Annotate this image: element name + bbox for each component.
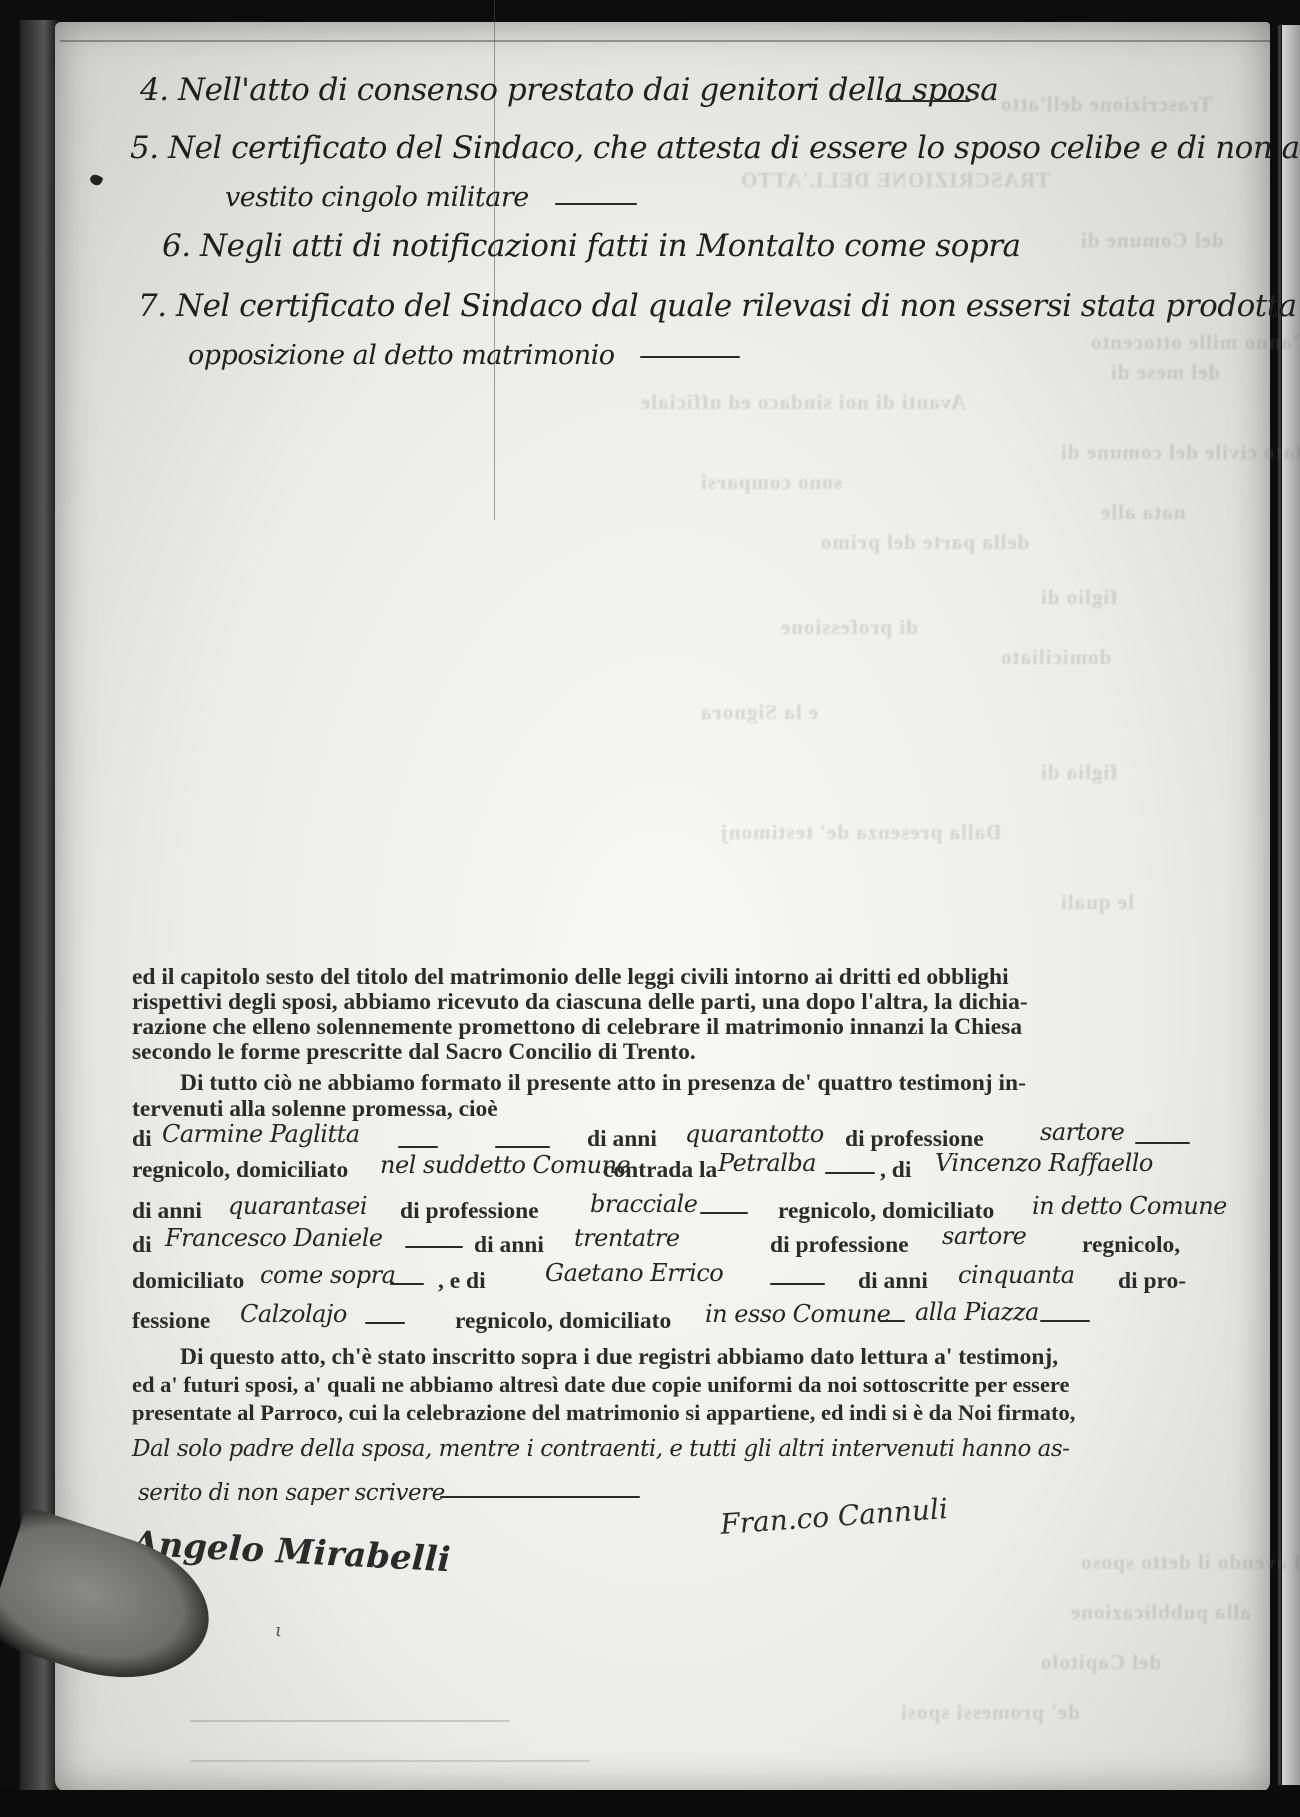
label-e-di: , e di: [438, 1268, 486, 1295]
witness-2-age: quarantasei: [228, 1192, 367, 1220]
witness-1-profession: sartore: [1040, 1118, 1124, 1146]
witness-4-age: cinquanta: [958, 1261, 1075, 1289]
witness-4-residence: in esso Comune: [705, 1300, 890, 1328]
label-regnicolo-domiciliato: regnicolo, domiciliato: [455, 1308, 671, 1335]
label-di-pro: di pro-: [1118, 1268, 1186, 1295]
print-line: presentate al Parroco, cui la celebrazio…: [132, 1400, 1075, 1426]
fill-rule: [1135, 1142, 1190, 1144]
witness-1-street: Petralba: [718, 1149, 816, 1177]
list-item-7-continuation: opposizione al detto matrimonio: [188, 340, 614, 371]
fill-rule: [770, 1283, 825, 1285]
label-di-anni: di anni: [858, 1268, 928, 1295]
stray-ink-mark: ι: [275, 1620, 282, 1641]
label-regnicolo-domiciliato: regnicolo, domiciliato: [778, 1198, 994, 1225]
witness-4-name: Gaetano Errico: [545, 1259, 723, 1287]
fill-rule: [405, 1246, 463, 1248]
faint-rule: [190, 1760, 590, 1762]
label-contrada: contrada la: [603, 1157, 717, 1184]
closing-line: serito di non saper scrivere: [138, 1480, 445, 1506]
list-text: Negli atti di notificazioni fatti in Mon…: [200, 228, 1021, 264]
list-number: 5.: [130, 130, 159, 166]
witness-3-age: trentatre: [574, 1224, 680, 1252]
fill-rule: [398, 1146, 438, 1148]
label-di-anni: di anni: [132, 1198, 202, 1225]
label-di-anni: di anni: [587, 1126, 657, 1153]
label-di: , di: [880, 1157, 911, 1184]
fill-rule: [440, 1496, 640, 1498]
witness-2-profession: bracciale: [590, 1190, 697, 1218]
list-item-6: 6. Negli atti di notificazioni fatti in …: [162, 228, 1021, 264]
list-item-5: 5. Nel certificato del Sindaco, che atte…: [130, 130, 1300, 166]
witness-3-name: Francesco Daniele: [165, 1224, 383, 1252]
print-line: tervenuti alla solenne promessa, cioè: [132, 1096, 498, 1123]
print-line: razione che elleno solennemente prometto…: [132, 1014, 1022, 1041]
closing-line: Dal solo padre della sposa, mentre i con…: [132, 1436, 1069, 1462]
witness-2-name: Vincenzo Raffaello: [935, 1149, 1153, 1177]
label-domiciliato: domiciliato: [132, 1268, 244, 1295]
label-regnicolo-domiciliato: regnicolo, domiciliato: [132, 1157, 348, 1184]
witness-2-residence: in detto Comune: [1032, 1192, 1227, 1220]
witness-4-street: alla Piazza: [915, 1298, 1039, 1326]
fill-rule: [1040, 1320, 1090, 1322]
witness-3-residence: come sopra: [260, 1261, 395, 1289]
label-di-anni: di anni: [474, 1232, 544, 1259]
witness-4-profession: Calzolajo: [240, 1300, 347, 1328]
list-number: 7.: [138, 288, 167, 324]
print-line: ed a' futuri sposi, a' quali ne abbiamo …: [132, 1372, 1070, 1398]
list-item-4: 4. Nell'atto di consenso prestato dai ge…: [140, 72, 998, 108]
print-line: secondo le forme prescritte dal Sacro Co…: [132, 1039, 696, 1066]
list-item-7: 7. Nel certificato del Sindaco dal quale…: [138, 288, 1300, 324]
print-line: rispettivi degli sposi, abbiamo ricevuto…: [132, 989, 1028, 1016]
print-line: Di tutto ciò ne abbiamo formato il prese…: [132, 1070, 1026, 1097]
label-di: di: [132, 1232, 152, 1259]
bottom-border: [0, 1790, 1300, 1817]
list-text: Nel certificato del Sindaco, che attesta…: [168, 130, 1300, 166]
print-line: ed il capitolo sesto del titolo del matr…: [132, 964, 1009, 991]
list-number: 6.: [162, 228, 191, 264]
label-professione: di professione: [770, 1232, 909, 1259]
list-item-5-continuation: vestito cingolo militare: [225, 182, 529, 213]
fill-rule: [880, 1320, 905, 1322]
label-professione: di professione: [400, 1198, 539, 1225]
witness-1-residence: nel suddetto Comune: [380, 1151, 630, 1179]
list-text: Nell'atto di consenso prestato dai genit…: [178, 72, 998, 108]
witness-1-name: Carmine Paglitta: [162, 1120, 360, 1148]
fill-rule: [390, 1283, 424, 1285]
label-di: di: [132, 1126, 152, 1153]
fill-rule: [555, 203, 637, 205]
list-number: 4.: [140, 72, 169, 108]
label-fessione: fessione: [132, 1308, 210, 1335]
fill-rule: [640, 356, 740, 358]
fill-rule: [495, 1146, 550, 1148]
fill-rule: [365, 1322, 405, 1324]
fill-rule: [825, 1172, 875, 1174]
witness-1-age: quarantotto: [685, 1120, 824, 1148]
witness-3-profession: sartore: [942, 1222, 1026, 1250]
list-text: Nel certificato del Sindaco dal quale ri…: [176, 288, 1300, 324]
label-regnicolo: regnicolo,: [1082, 1232, 1180, 1259]
fill-rule: [885, 100, 970, 102]
fill-rule: [700, 1212, 748, 1214]
faint-rule: [190, 1720, 510, 1722]
print-line: Di questo atto, ch'è stato inscritto sop…: [132, 1344, 1058, 1371]
page-top-edge: [60, 30, 1270, 42]
